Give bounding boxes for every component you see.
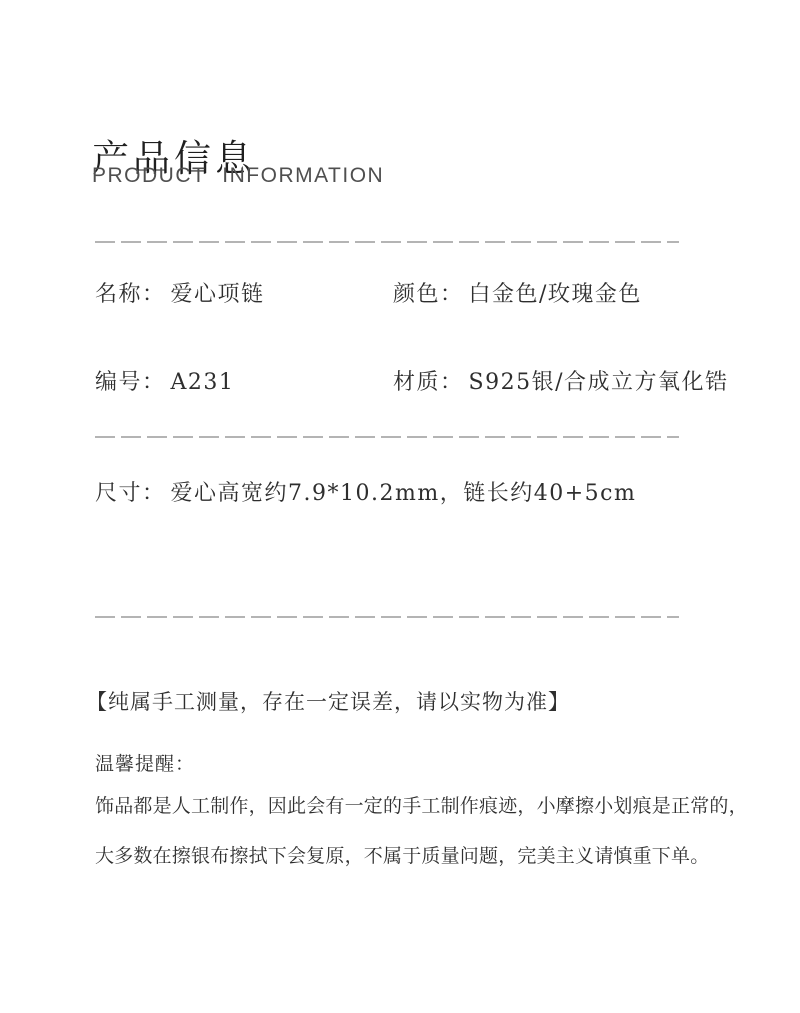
spec-color: 颜色：白金色/玫瑰金色 — [393, 277, 642, 308]
spec-color-label: 颜色： — [393, 282, 464, 307]
spec-name-label: 名称： — [95, 282, 166, 307]
spec-name: 名称：爱心项链 — [95, 277, 265, 308]
spec-size: 尺寸：爱心高宽约7.9*10.2mm，链长约40+5cm — [95, 476, 636, 507]
dashed-divider-bottom — [95, 616, 679, 618]
spec-code-label: 编号： — [95, 370, 166, 395]
measurement-disclaimer: 【纯属手工测量，存在一定误差，请以实物为准】 — [86, 686, 570, 716]
spec-material-value: S925银/合成立方氧化锆 — [469, 370, 729, 395]
spec-code-value: A231 — [171, 370, 235, 395]
product-info-page: 产品信息 PRODUCT INFORMATION 名称：爱心项链 颜色：白金色/… — [0, 0, 800, 1013]
dashed-divider-top — [95, 241, 679, 243]
spec-material: 材质：S925银/合成立方氧化锆 — [393, 365, 729, 396]
spec-size-value: 爱心高宽约7.9*10.2mm，链长约40+5cm — [171, 481, 637, 506]
spec-color-value: 白金色/玫瑰金色 — [469, 282, 642, 307]
spec-material-label: 材质： — [393, 370, 464, 395]
spec-name-value: 爱心项链 — [171, 282, 265, 307]
spec-size-label: 尺寸： — [95, 481, 166, 506]
reminder-text-line1: 饰品都是人工制作，因此会有一定的手工制作痕迹，小摩擦小划痕是正常的， — [95, 791, 748, 818]
dashed-divider-middle — [95, 436, 679, 438]
spec-code: 编号：A231 — [95, 365, 234, 396]
reminder-text-line2: 大多数在擦银布擦拭下会复原，不属于质量问题，完美主义请慎重下单。 — [95, 841, 709, 868]
reminder-title: 温馨提醒： — [95, 749, 195, 776]
page-subtitle: PRODUCT INFORMATION — [92, 164, 384, 188]
